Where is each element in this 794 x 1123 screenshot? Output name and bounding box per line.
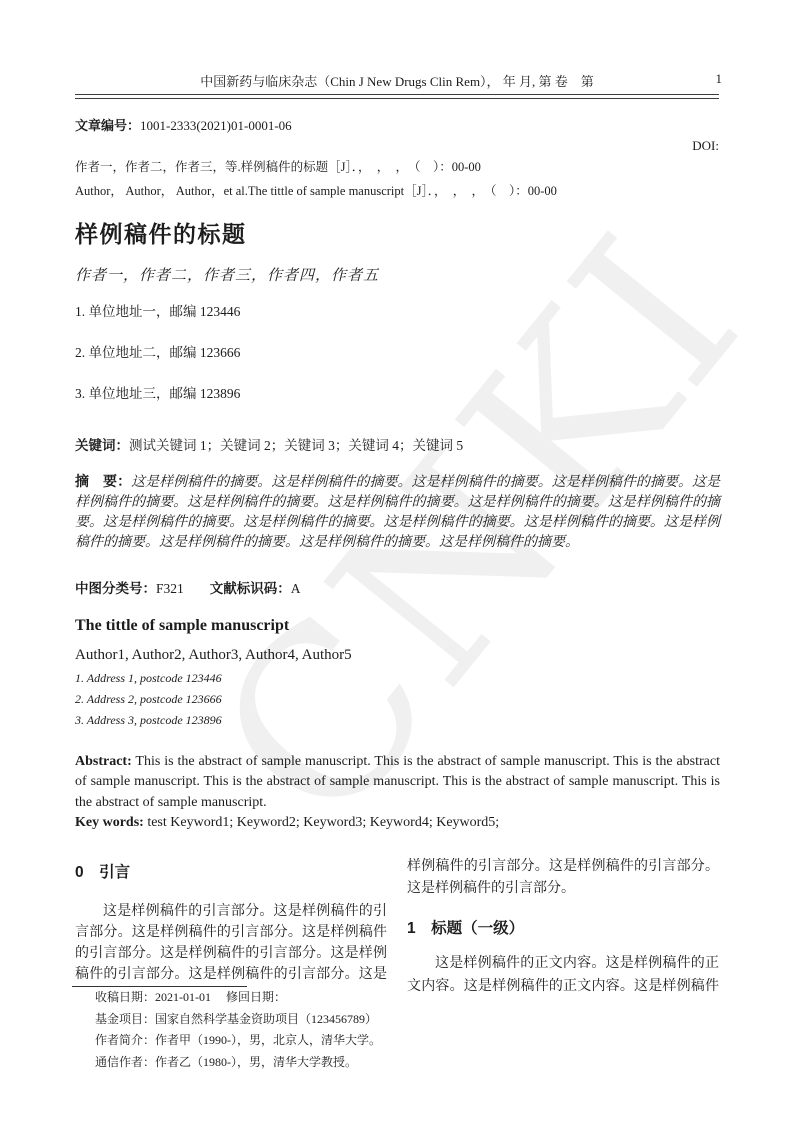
authors-english: Author1, Author2, Author3, Author4, Auth…	[75, 647, 352, 664]
section-0-heading: 0 引言	[75, 860, 387, 882]
footnote-bio-text: 作者甲（1990-），男，北京人，清华大学。	[155, 1033, 381, 1047]
abstract-chinese-text: 这是样例稿件的摘要。这是样例稿件的摘要。这是样例稿件的摘要。这是样例稿件的摘要。…	[75, 475, 720, 550]
abstract-english: Abstract: This is the abstract of sample…	[75, 752, 720, 813]
keywords-english-value: test Keyword1; Keyword2; Keyword3; Keywo…	[144, 815, 499, 830]
article-id-label: 文章编号：	[75, 118, 140, 133]
footnote-received-label: 收稿日期：	[95, 990, 155, 1004]
keywords-chinese-value: 测试关键词 1；关键词 2；关键词 3；关键词 4；关键词 5	[129, 438, 463, 453]
footnote-funding: 基金项目：国家自然科学基金资助项目（123456789）	[75, 1009, 415, 1031]
body-paragraph: 这是样例稿件的正文内容。这是样例稿件的正文内容。这是样例稿件的正文内容。这是样例…	[407, 953, 719, 998]
citation-chinese: 作者一，作者二，作者三，等.样例稿件的标题［J］．， ， ， （ ）：00-00	[75, 157, 735, 175]
affiliation-cn-2: 2. 单位地址二，邮编 123666	[75, 341, 240, 361]
affiliation-cn-3: 3. 单位地址三，邮编 123896	[75, 382, 240, 402]
abstract-english-text: This is the abstract of sample manuscrip…	[75, 754, 720, 810]
right-column: 样例稿件的引言部分。这是样例稿件的引言部分。这是样例稿件的引言部分。 1 标题（…	[407, 846, 719, 998]
article-id-value: 1001-2333(2021)01-0001-06	[140, 118, 292, 133]
doi-label: DOI:	[692, 138, 719, 154]
article-id-line: 文章编号：1001-2333(2021)01-0001-06	[75, 115, 292, 134]
affiliation-en-2: 2. Address 2, postcode 123666	[75, 692, 222, 707]
footnote-block: 收稿日期：2021-01-01 修回日期： 基金项目：国家自然科学基金资助项目（…	[75, 986, 415, 1073]
abstract-english-label: Abstract:	[75, 754, 132, 769]
keywords-english-line: Key words: test Keyword1; Keyword2; Keyw…	[75, 815, 720, 831]
page-number: 1	[716, 71, 723, 87]
footnote-corresponding: 通信作者：作者乙（1980-），男，清华大学教授。	[75, 1052, 415, 1074]
doc-code-value: A	[291, 581, 301, 596]
manuscript-page: CNKI 中国新药与临床杂志（Chin J New Drugs Clin Rem…	[0, 0, 794, 1123]
footnote-funding-label: 基金项目：	[95, 1012, 155, 1026]
footnote-corresponding-label: 通信作者：	[95, 1055, 155, 1069]
affiliation-en-1: 1. Address 1, postcode 123446	[75, 671, 222, 686]
footnote-received: 收稿日期：2021-01-01 修回日期：	[75, 987, 415, 1009]
keywords-chinese-label: 关键词：	[75, 438, 129, 453]
clc-label: 中图分类号：	[75, 581, 156, 596]
doc-code-label: 文献标识码：	[210, 581, 291, 596]
footnote-corresponding-text: 作者乙（1980-），男，清华大学教授。	[155, 1055, 357, 1069]
journal-running-head: 中国新药与临床杂志（Chin J New Drugs Clin Rem）， 年 …	[75, 71, 719, 90]
citation-english: Author， Author， Author，et al.The tittle …	[75, 181, 735, 199]
intro-paragraph-left: 这是样例稿件的引言部分。这是样例稿件的引言部分。这是样例稿件的引言部分。这是样例…	[75, 901, 387, 985]
clc-line: 中图分类号：F321文献标识码：A	[75, 577, 301, 597]
abstract-chinese: 摘 要：这是样例稿件的摘要。这是样例稿件的摘要。这是样例稿件的摘要。这是样例稿件…	[75, 471, 720, 553]
footnote-bio: 作者简介：作者甲（1990-），男，北京人，清华大学。	[75, 1030, 415, 1052]
abstract-chinese-label: 摘 要：	[75, 473, 131, 489]
header-double-rule	[75, 94, 719, 99]
affiliation-cn-1: 1. 单位地址一，邮编 123446	[75, 300, 240, 320]
footnote-received-text: 2021-01-01 修回日期：	[155, 990, 286, 1004]
left-column: 0 引言 这是样例稿件的引言部分。这是样例稿件的引言部分。这是样例稿件的引言部分…	[75, 846, 387, 985]
clc-value: F321	[156, 581, 184, 596]
title-english: The tittle of sample manuscript	[75, 617, 289, 635]
intro-paragraph-continued: 样例稿件的引言部分。这是样例稿件的引言部分。这是样例稿件的引言部分。	[407, 856, 719, 900]
footnote-funding-text: 国家自然科学基金资助项目（123456789）	[155, 1012, 377, 1026]
affiliation-en-3: 3. Address 3, postcode 123896	[75, 713, 222, 728]
authors-chinese: 作者一，作者二，作者三，作者四，作者五	[75, 264, 379, 285]
footnote-bio-label: 作者简介：	[95, 1033, 155, 1047]
title-chinese: 样例稿件的标题	[75, 216, 247, 249]
keywords-chinese-line: 关键词：测试关键词 1；关键词 2；关键词 3；关键词 4；关键词 5	[75, 434, 463, 454]
section-1-heading: 1 标题（一级）	[407, 916, 719, 938]
keywords-english-label: Key words:	[75, 815, 144, 830]
